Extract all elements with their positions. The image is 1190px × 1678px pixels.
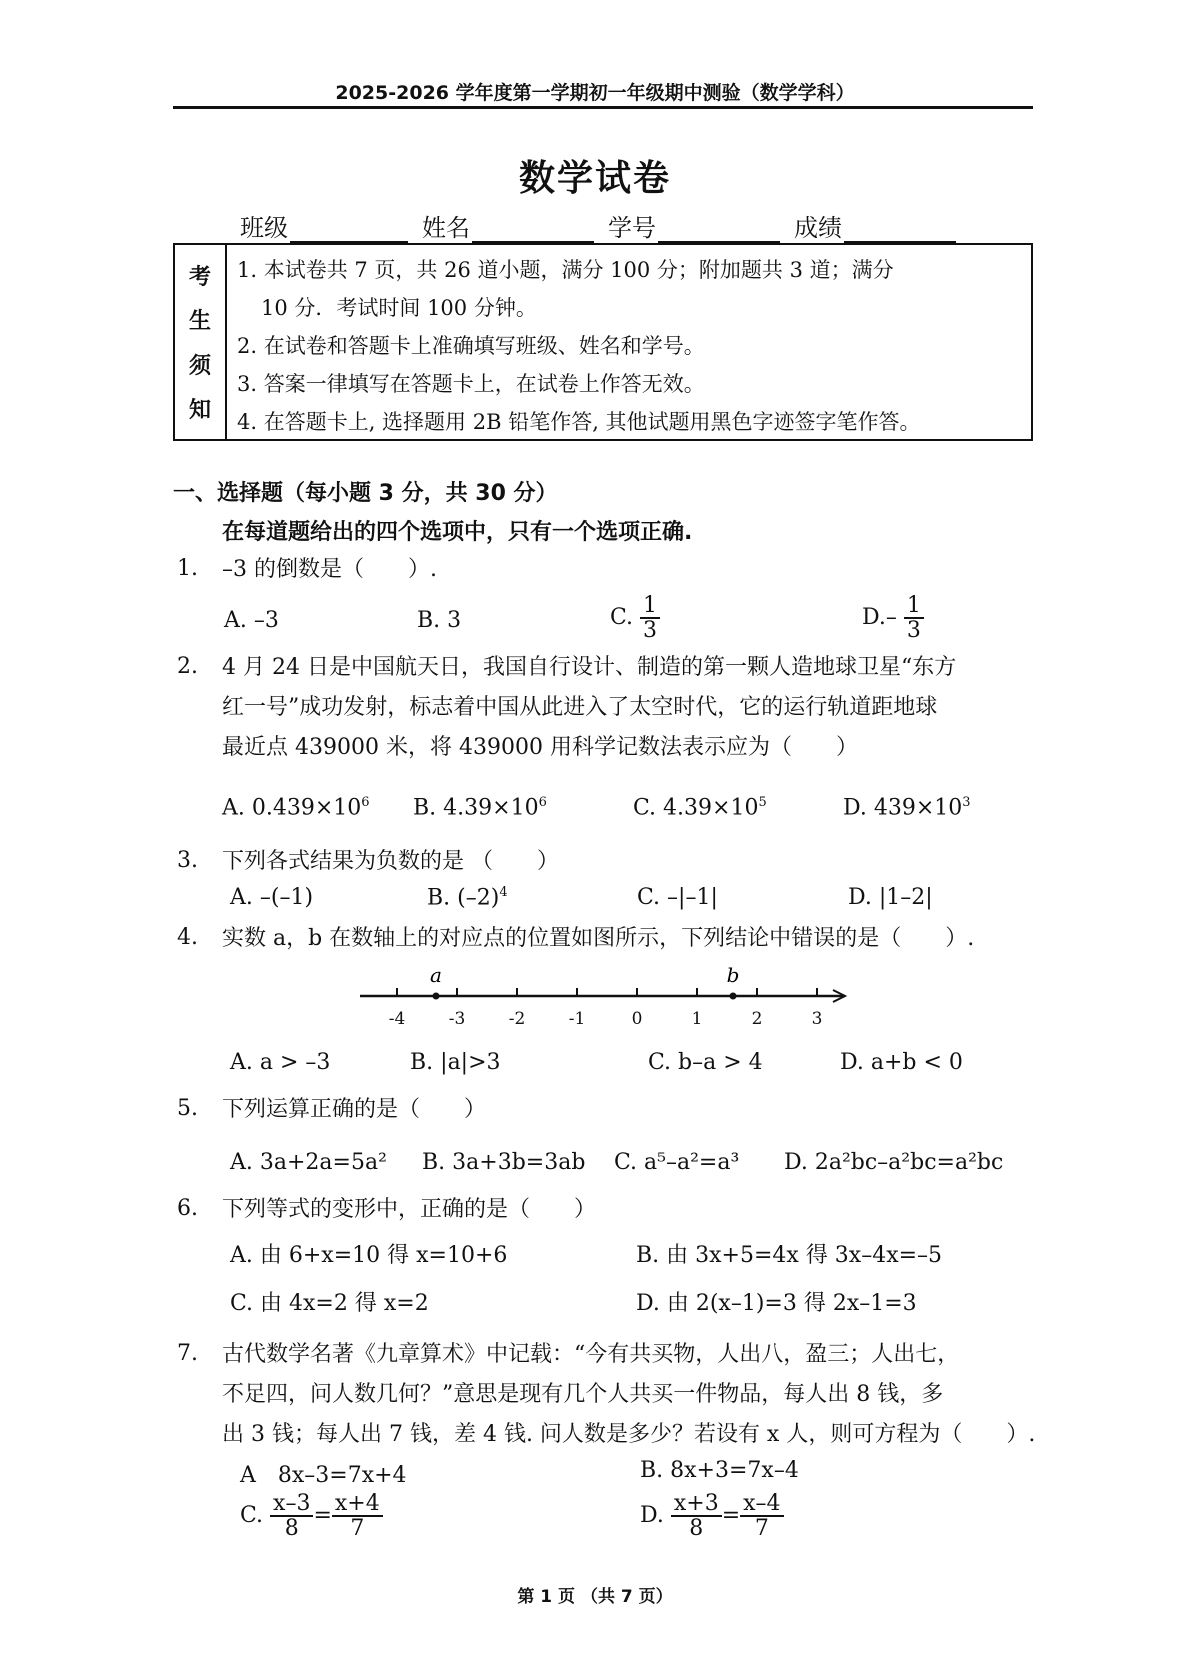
fraction: x+38 — [671, 1492, 722, 1540]
tick-label: 2 — [752, 1009, 763, 1029]
text-line: 4 月 24 日是中国航天日，我国自行设计、制造的第一颗人造地球卫星“东方 — [222, 648, 1037, 688]
notice-item: 3. 答案一律填写在答题卡上，在试卷上作答无效。 — [237, 365, 1021, 403]
class-label: 班级 — [240, 208, 288, 243]
section-title: 一、选择题（每小题 3 分，共 30 分） — [173, 476, 558, 507]
option-text: D. 439×10 — [843, 795, 962, 820]
option-label: C. — [610, 605, 633, 630]
exponent: 4 — [499, 885, 507, 900]
header-divider — [173, 106, 1033, 109]
option-text: A. 0.439×10 — [222, 795, 361, 820]
option-d[interactable]: D. |1–2| — [848, 885, 933, 910]
number-line-figure: -4 -3 -2 -1 0 1 2 3 a b — [355, 962, 855, 1034]
option-text: B. 4.39×10 — [413, 795, 539, 820]
student-id-label: 学号 — [608, 208, 656, 243]
exponent: 6 — [539, 795, 547, 810]
notice-item: 4. 在答题卡上, 选择题用 2B 铅笔作答, 其他试题用黑色字迹签字笔作答。 — [237, 403, 1021, 441]
option-a[interactable]: A. 由 6+x=10 得 x=10+6 — [230, 1238, 507, 1269]
notice-item: 10 分．考试时间 100 分钟。 — [237, 289, 1021, 327]
score-blank[interactable] — [844, 215, 956, 243]
tick-label: 1 — [692, 1009, 703, 1029]
exam-header-title: 2025-2026 学年度第一学期初一年级期中测验（数学学科） — [0, 78, 1190, 105]
option-a[interactable]: A. a > –3 — [230, 1050, 330, 1075]
option-c[interactable]: C. a⁵–a²=a³ — [614, 1150, 739, 1175]
question-text: 下列等式的变形中，正确的是（ ） — [222, 1190, 1037, 1230]
denominator: 7 — [755, 1517, 769, 1540]
text-line: 出 3 钱；每人出 7 钱，差 4 钱. 问人数是多少？若设有 x 人，则可方程… — [222, 1415, 1037, 1455]
tick-label: -1 — [569, 1009, 586, 1029]
numerator: 1 — [904, 594, 924, 619]
option-d[interactable]: D. x+38=x–47 — [640, 1492, 784, 1540]
option-c[interactable]: C. –|–1| — [637, 885, 718, 910]
question-number: 5. — [177, 1096, 198, 1121]
section-description: 在每道题给出的四个选项中，只有一个选项正确. — [222, 515, 692, 546]
notice-char: 考 — [189, 260, 211, 291]
option-a[interactable]: A. 0.439×106 — [222, 795, 370, 820]
name-field[interactable]: 姓名 — [422, 208, 594, 243]
fraction: x–47 — [740, 1492, 783, 1540]
notice-item: 2. 在试卷和答题卡上准确填写班级、姓名和学号。 — [237, 327, 1021, 365]
exponent: 3 — [962, 795, 970, 810]
point-b-label: b — [727, 963, 740, 987]
question-number: 3. — [177, 848, 198, 873]
option-c[interactable]: C. 由 4x=2 得 x=2 — [230, 1286, 429, 1317]
option-label: C. — [240, 1503, 263, 1528]
question-text: 下列运算正确的是（ ） — [222, 1090, 1037, 1130]
text-line: 红一号”成功发射，标志着中国从此进入了太空时代，它的运行轨道距地球 — [222, 688, 1037, 728]
denominator: 3 — [907, 619, 921, 642]
name-label: 姓名 — [422, 208, 470, 243]
option-label: D. — [640, 1503, 664, 1528]
fraction: 1 3 — [904, 594, 924, 642]
question-text: 下列各式结果为负数的是 （ ） — [222, 842, 1037, 882]
notice-side-label: 考 生 须 知 — [175, 245, 227, 439]
student-id-blank[interactable] — [658, 215, 780, 243]
option-a[interactable]: A. –3 — [224, 608, 279, 633]
option-d[interactable]: D. 由 2(x–1)=3 得 2x–1=3 — [636, 1286, 917, 1317]
text-line: 古代数学名著《九章算术》中记载：“今有共买物，人出八，盈三；人出七， — [222, 1335, 1037, 1375]
paper-title: 数学试卷 — [0, 150, 1190, 201]
option-b[interactable]: B. (–2)4 — [427, 885, 508, 910]
option-b[interactable]: B. 4.39×106 — [413, 795, 547, 820]
option-b[interactable]: B. |a|>3 — [410, 1050, 501, 1075]
text-line: 最近点 439000 米，将 439000 用科学记数法表示应为（ ） — [222, 728, 1037, 768]
notice-char: 生 — [189, 304, 211, 335]
notice-char: 知 — [189, 393, 211, 424]
option-a[interactable]: A. –(–1) — [230, 885, 313, 910]
text-line: 不足四，问人数几何？”意思是现有几个人共买一件物品，每人出 8 钱，多 — [222, 1375, 1037, 1415]
option-a[interactable]: A. 3a+2a=5a² — [230, 1150, 387, 1175]
class-field[interactable]: 班级 — [240, 208, 408, 243]
question-number: 2. — [177, 654, 198, 679]
option-c[interactable]: C. x–38=x+47 — [240, 1492, 383, 1540]
denominator: 8 — [689, 1517, 703, 1540]
notice-item: 1. 本试卷共 7 页，共 26 道小题，满分 100 分；附加题共 3 道；满… — [237, 251, 1021, 289]
fraction: x+47 — [332, 1492, 383, 1540]
numerator: 1 — [640, 594, 660, 619]
notice-items: 1. 本试卷共 7 页，共 26 道小题，满分 100 分；附加题共 3 道；满… — [227, 245, 1031, 439]
question-text: –3 的倒数是（ ）. — [222, 556, 1037, 584]
notice-char: 须 — [189, 349, 211, 380]
option-text: C. 4.39×10 — [633, 795, 758, 820]
option-d[interactable]: D. 2a²bc–a²bc=a²bc — [784, 1150, 1003, 1175]
name-blank[interactable] — [472, 215, 594, 243]
option-c[interactable]: C. 4.39×105 — [633, 795, 767, 820]
page-number: 第 1 页 （共 7 页） — [0, 1582, 1190, 1607]
option-b[interactable]: B. 由 3x+5=4x 得 3x–4x=–5 — [636, 1238, 942, 1269]
score-label: 成绩 — [794, 208, 842, 243]
question-number: 7. — [177, 1341, 198, 1366]
tick-label: -3 — [449, 1009, 466, 1029]
option-d[interactable]: D. a+b < 0 — [840, 1050, 963, 1075]
student-id-field[interactable]: 学号 — [608, 208, 780, 243]
point-b-marker — [730, 993, 737, 1000]
numerator: x+3 — [671, 1492, 722, 1517]
score-field[interactable]: 成绩 — [794, 208, 956, 243]
question-number: 4. — [177, 925, 198, 950]
question-text: 4 月 24 日是中国航天日，我国自行设计、制造的第一颗人造地球卫星“东方 红一… — [222, 648, 1037, 768]
numerator: x–4 — [740, 1492, 783, 1517]
question-text: 实数 a，b 在数轴上的对应点的位置如图所示，下列结论中错误的是（ ）. — [222, 919, 1037, 959]
exam-notice-box: 考 生 须 知 1. 本试卷共 7 页，共 26 道小题，满分 100 分；附加… — [173, 243, 1033, 441]
denominator: 7 — [350, 1517, 364, 1540]
option-label: D.– — [862, 605, 897, 630]
point-a-marker — [433, 993, 440, 1000]
option-b[interactable]: B. 3 — [417, 608, 461, 633]
student-info-row: 班级 姓名 学号 成绩 — [240, 208, 970, 243]
option-b[interactable]: B. 8x+3=7x–4 — [640, 1458, 799, 1483]
fraction: 1 3 — [640, 594, 660, 642]
tick-label: 3 — [812, 1009, 823, 1029]
option-c[interactable]: C. b–a > 4 — [648, 1050, 763, 1075]
option-c[interactable]: C. 1 3 — [610, 594, 660, 642]
option-text: B. (–2) — [427, 885, 499, 910]
denominator: 8 — [285, 1517, 299, 1540]
tick-label: -2 — [509, 1009, 526, 1029]
exponent: 6 — [361, 795, 369, 810]
denominator: 3 — [643, 619, 657, 642]
numerator: x–3 — [270, 1492, 313, 1517]
option-d[interactable]: D. 439×103 — [843, 795, 971, 820]
question-number: 1. — [177, 556, 198, 581]
question-text: 古代数学名著《九章算术》中记载：“今有共买物，人出八，盈三；人出七， 不足四，问… — [222, 1335, 1037, 1455]
point-a-label: a — [430, 963, 442, 987]
option-b[interactable]: B. 3a+3b=3ab — [422, 1150, 585, 1175]
class-blank[interactable] — [290, 215, 408, 243]
numerator: x+4 — [332, 1492, 383, 1517]
option-a[interactable]: A 8x–3=7x+4 — [240, 1458, 407, 1489]
exponent: 5 — [758, 795, 766, 810]
question-number: 6. — [177, 1196, 198, 1221]
fraction: x–38 — [270, 1492, 313, 1540]
option-d[interactable]: D.– 1 3 — [862, 594, 924, 642]
tick-label: -4 — [389, 1009, 406, 1029]
tick-label: 0 — [632, 1009, 643, 1029]
